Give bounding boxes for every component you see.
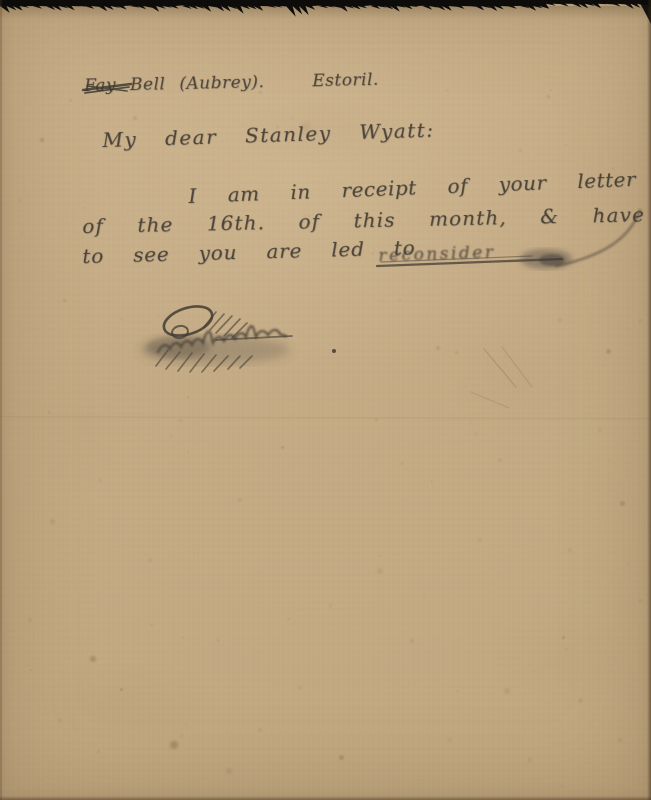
foxing-spot xyxy=(478,538,482,542)
struck-out-word: reconsider xyxy=(378,242,496,266)
foxing-spot xyxy=(433,485,434,486)
paper-stain xyxy=(20,655,220,745)
foxing-spot xyxy=(410,639,414,643)
foxing-spot xyxy=(375,418,378,421)
top-edge-shadow xyxy=(0,6,651,20)
foxing-spot xyxy=(519,149,522,152)
foxing-spot xyxy=(246,39,248,41)
foxing-spot xyxy=(69,99,72,102)
foxing-spot xyxy=(401,462,404,465)
foxing-spot xyxy=(281,446,284,449)
foxing-spot xyxy=(298,686,302,690)
foxing-spot xyxy=(281,55,282,56)
foxing-spot xyxy=(606,349,611,354)
foxing-spot xyxy=(377,568,383,574)
foxing-spot xyxy=(329,604,332,607)
foxing-spot xyxy=(339,755,344,760)
foxing-spot xyxy=(63,299,66,302)
foxing-spot xyxy=(50,519,55,524)
foxing-spot xyxy=(448,738,452,742)
bottom-edge-shadow xyxy=(0,796,651,800)
foxing-spot xyxy=(639,319,642,322)
foxing-spot xyxy=(83,207,85,209)
left-edge-shadow xyxy=(0,0,2,800)
foxing-spot xyxy=(498,458,502,462)
scanned-letter: Fay Bell (Aubrey). Estoril. My dear Stan… xyxy=(0,0,651,800)
foxing-spot xyxy=(193,552,195,554)
foxing-spot xyxy=(598,428,602,432)
foxing-spot xyxy=(560,785,563,788)
paper-stain xyxy=(440,320,600,440)
docket-place: Estoril. xyxy=(312,70,379,91)
foxing-spot xyxy=(418,789,419,790)
foxing-spot xyxy=(148,558,152,562)
foxing-spot xyxy=(618,738,622,742)
foxing-spot xyxy=(436,346,440,350)
foxing-spot xyxy=(19,199,22,202)
docket-struck-word: Fay xyxy=(84,75,116,96)
foxing-spot xyxy=(528,158,529,159)
foxing-spot xyxy=(627,564,629,566)
foxing-spot xyxy=(153,197,154,198)
foxing-spot xyxy=(170,436,172,438)
foxing-spot xyxy=(383,300,385,302)
foxing-spot xyxy=(133,116,137,120)
foxing-spot xyxy=(170,741,178,749)
paper-stain xyxy=(10,340,150,500)
foxing-spot xyxy=(226,768,232,774)
foxing-spot xyxy=(150,624,153,627)
foxing-spot xyxy=(258,728,261,731)
docket-recipient: Bell (Aubrey). xyxy=(130,72,265,95)
foxing-spot xyxy=(97,750,100,753)
paper-stain xyxy=(485,605,635,715)
foxing-spot xyxy=(28,618,32,622)
foxing-spot xyxy=(456,690,458,692)
foxing-spot xyxy=(568,548,572,552)
foxing-spot xyxy=(608,459,611,462)
foxing-spot xyxy=(179,419,182,422)
foxing-spot xyxy=(547,95,550,98)
foxing-spot xyxy=(603,364,605,366)
foxing-spot xyxy=(446,89,448,91)
foxing-spot xyxy=(558,318,561,321)
foxing-spot xyxy=(639,599,642,602)
foxing-spot xyxy=(620,501,625,506)
foxing-spot xyxy=(565,144,567,146)
foxing-spot xyxy=(21,233,22,234)
right-edge-shadow xyxy=(647,0,651,800)
foxing-spot xyxy=(264,29,266,31)
foxing-spot xyxy=(238,498,241,501)
foxing-spot xyxy=(217,639,220,642)
foxing-spot xyxy=(431,480,433,482)
foxing-spot xyxy=(528,758,532,762)
foxing-spot xyxy=(40,138,44,142)
